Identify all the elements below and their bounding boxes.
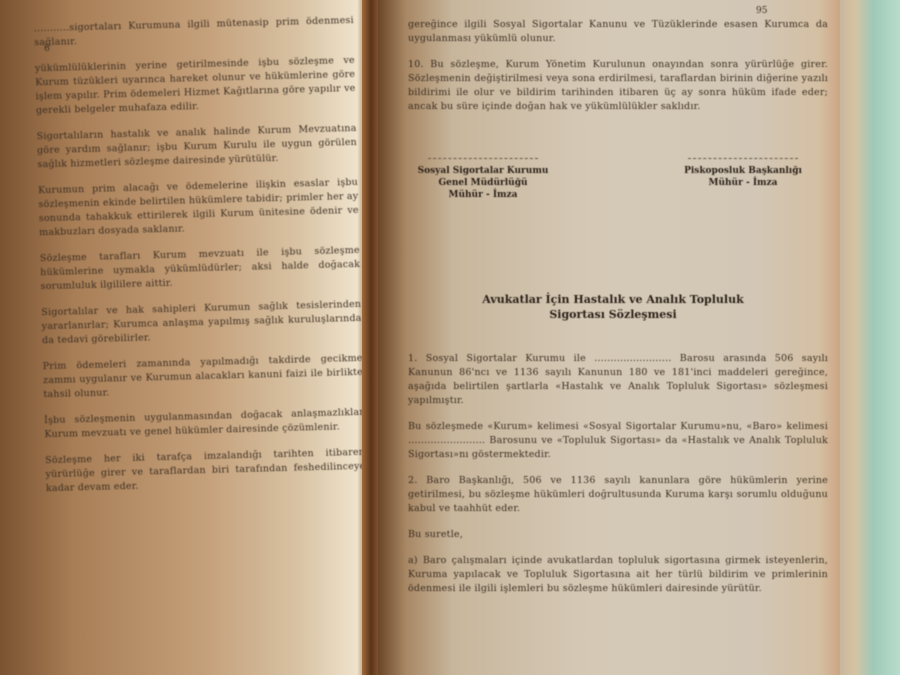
signature-line: Piskoposluk Başkanlığı <box>658 165 828 177</box>
left-paragraph: Sigortalıların hastalık ve analık halind… <box>37 122 358 172</box>
signature-line: Mühür - İmza <box>658 177 828 189</box>
left-paragraph: Sözleşme her iki tarafça imzalandığı tar… <box>45 446 366 496</box>
right-book-page: 95 gereğince ilgili Sosyal Sigortalar Ka… <box>378 0 848 675</box>
right-paragraph: 1. Sosyal Sigortalar Kurumu ile ........… <box>408 352 828 408</box>
right-paragraph: 10. Bu sözleşme, Kurum Yönetim Kurulunun… <box>408 58 828 114</box>
right-page-number: 95 <box>756 6 767 16</box>
left-book-page: 6 ...........sigortaları Kurumuna ilgili… <box>0 0 372 675</box>
signature-line: Mühür - İmza <box>398 189 568 201</box>
signature-line: Sosyal Sigortalar Kurumu <box>398 165 568 177</box>
right-paragraph: 2. Baro Başkanlığı, 506 ve 1136 sayılı k… <box>408 474 828 516</box>
background-surface <box>840 0 900 675</box>
heading-line: Sigortası Sözleşmesi <box>378 307 848 322</box>
left-paragraph: Kurumun prim alacağı ve ödemelerine iliş… <box>38 176 359 240</box>
left-paragraph: Prim ödemeleri zamanında yapılmadığı tak… <box>43 352 364 402</box>
heading-line: Avukatlar İçin Hastalık ve Analık Toplul… <box>378 292 848 307</box>
left-paragraph: İşbu sözleşmenin uygulanmasından doğacak… <box>44 406 365 442</box>
signature-line: Genel Müdürlüğü <box>398 177 568 189</box>
left-paragraph: ...........sigortaları Kurumuna ilgili m… <box>34 14 355 50</box>
signature-block-left: Sosyal Sigortalar Kurumu Genel Müdürlüğü… <box>398 158 568 201</box>
right-page-body-text: 1. Sosyal Sigortalar Kurumu ile ........… <box>408 352 828 608</box>
right-page-top-text: gereğince ilgili Sosyal Sigortalar Kanun… <box>408 18 828 126</box>
right-paragraph: a) Baro çalışmaları içinde avukatlardan … <box>408 554 828 596</box>
left-paragraph: yükümlülüklerinin yerine getirilmesinde … <box>35 54 356 118</box>
left-paragraph: Sözleşme tarafları Kurum mevzuatı ile iş… <box>40 244 361 294</box>
right-paragraph: Bu sözleşmede «Kurum» kelimesi «Sosyal S… <box>408 420 828 462</box>
section-heading: Avukatlar İçin Hastalık ve Analık Toplul… <box>378 292 848 322</box>
right-paragraph: gereğince ilgili Sosyal Sigortalar Kanun… <box>408 18 828 46</box>
left-paragraph: Sigortalılar ve hak sahipleri Kurumun sa… <box>41 298 362 348</box>
left-page-text: ...........sigortaları Kurumuna ilgili m… <box>34 14 367 508</box>
signature-block-right: Piskoposluk Başkanlığı Mühür - İmza <box>658 158 828 189</box>
right-paragraph: Bu suretle, <box>408 528 828 542</box>
